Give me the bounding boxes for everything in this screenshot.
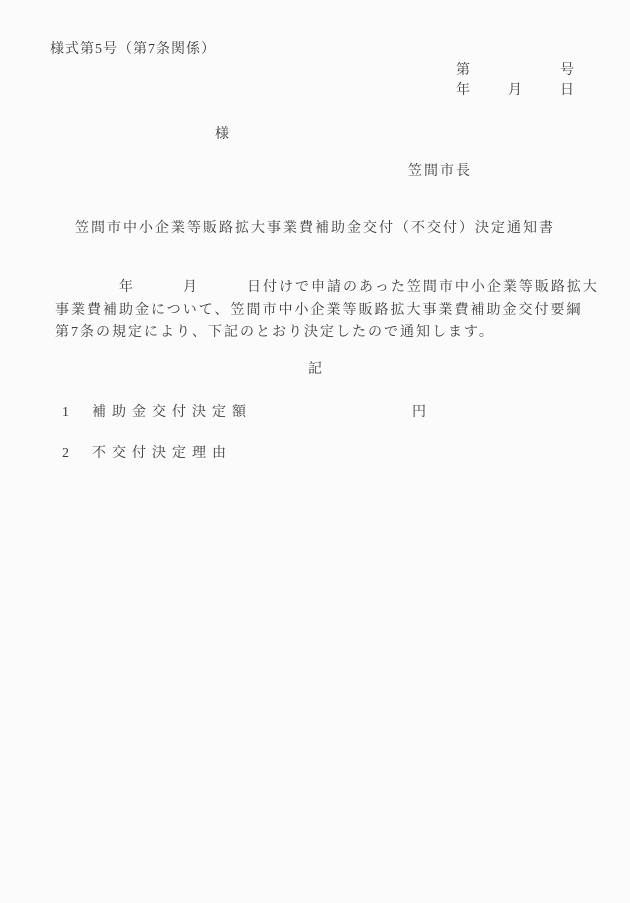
- date-year-label: 年: [456, 84, 470, 98]
- document-title: 笠間市中小企業等販路拡大事業費補助金交付（不交付）決定通知書: [0, 222, 630, 236]
- sender-mayor-label: 笠間市長: [408, 165, 472, 179]
- form-number-label: 様式第5号（第7条関係）: [50, 43, 216, 57]
- item-2-label-non-grant-reason: 不交付決定理由: [92, 447, 232, 461]
- record-section-heading: 記: [0, 363, 630, 377]
- addressee-honorific: 様: [215, 128, 229, 142]
- document-number-prefix: 第: [456, 64, 470, 78]
- document-number-suffix: 号: [560, 64, 574, 78]
- document-page: 様式第5号（第7条関係） 第 号 年 月 日 様 笠間市長 笠間市中小企業等販路…: [0, 0, 630, 903]
- body-line-3: 第7条の規定により、下記のとおり決定したので通知します。: [55, 322, 585, 345]
- date-day-label: 日: [560, 84, 574, 98]
- body-paragraph: 年 月 日付けで申請のあった笠間市中小企業等販路拡大 事業費補助金について、笠間…: [55, 277, 585, 345]
- body-line-2: 事業費補助金について、笠間市中小企業等販路拡大事業費補助金交付要綱: [55, 300, 585, 323]
- item-2-number: 2: [62, 447, 69, 461]
- date-month-label: 月: [508, 84, 522, 98]
- body-line-1: 年 月 日付けで申請のあった笠間市中小企業等販路拡大: [55, 277, 585, 300]
- item-1-label-grant-decision-amount: 補助金交付決定額: [92, 406, 252, 420]
- item-1-number: 1: [62, 406, 69, 420]
- item-1-currency-unit: 円: [412, 406, 426, 420]
